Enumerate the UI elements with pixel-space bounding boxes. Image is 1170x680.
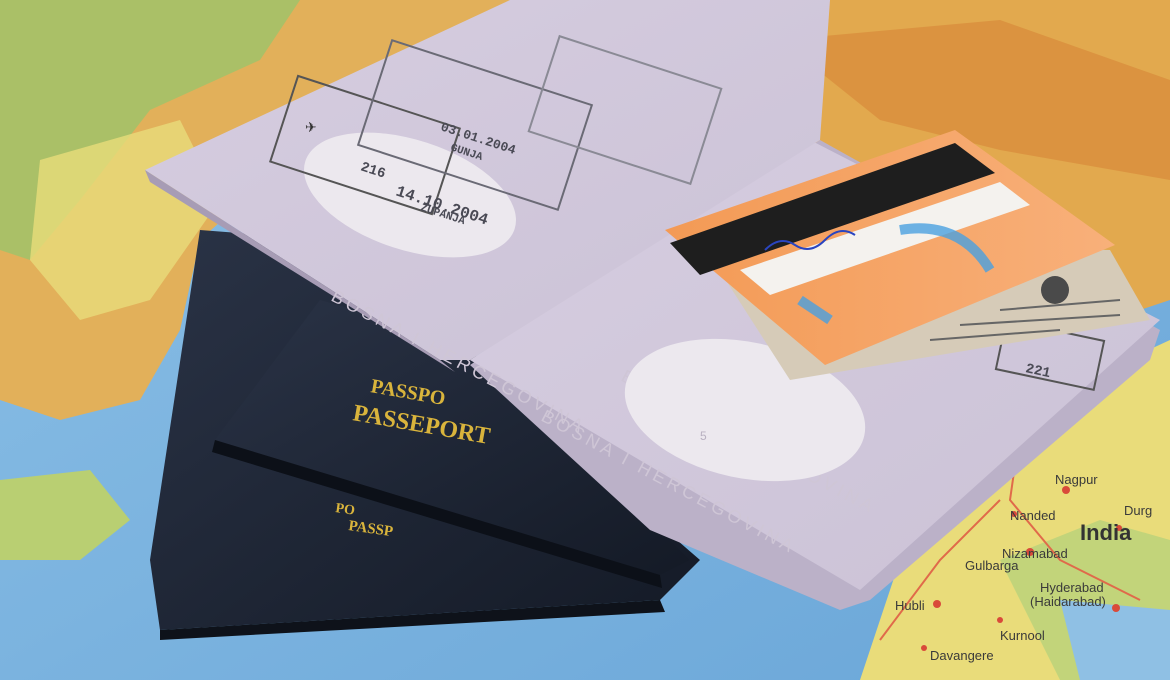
map-label: Gulbarga (965, 558, 1019, 573)
photo-scene: Nagpur Nanded Nizamabad Gulbarga Hyderab… (0, 0, 1170, 680)
map-region-label: India (1080, 520, 1132, 545)
passport-back-title-top: PO (334, 501, 355, 519)
airplane-icon: ✈ (305, 119, 317, 135)
map-label: (Haidarabad) (1030, 594, 1106, 609)
map-label: Kurnool (1000, 628, 1045, 643)
map-label: Hyderabad (1040, 580, 1104, 595)
map-label: Durg (1124, 503, 1152, 518)
page-number: 5 (700, 429, 707, 443)
map-label: Hubli (895, 598, 925, 613)
map-label: Davangere (930, 648, 994, 663)
map-label: Nanded (1010, 508, 1056, 523)
map-label: Nagpur (1055, 472, 1098, 487)
